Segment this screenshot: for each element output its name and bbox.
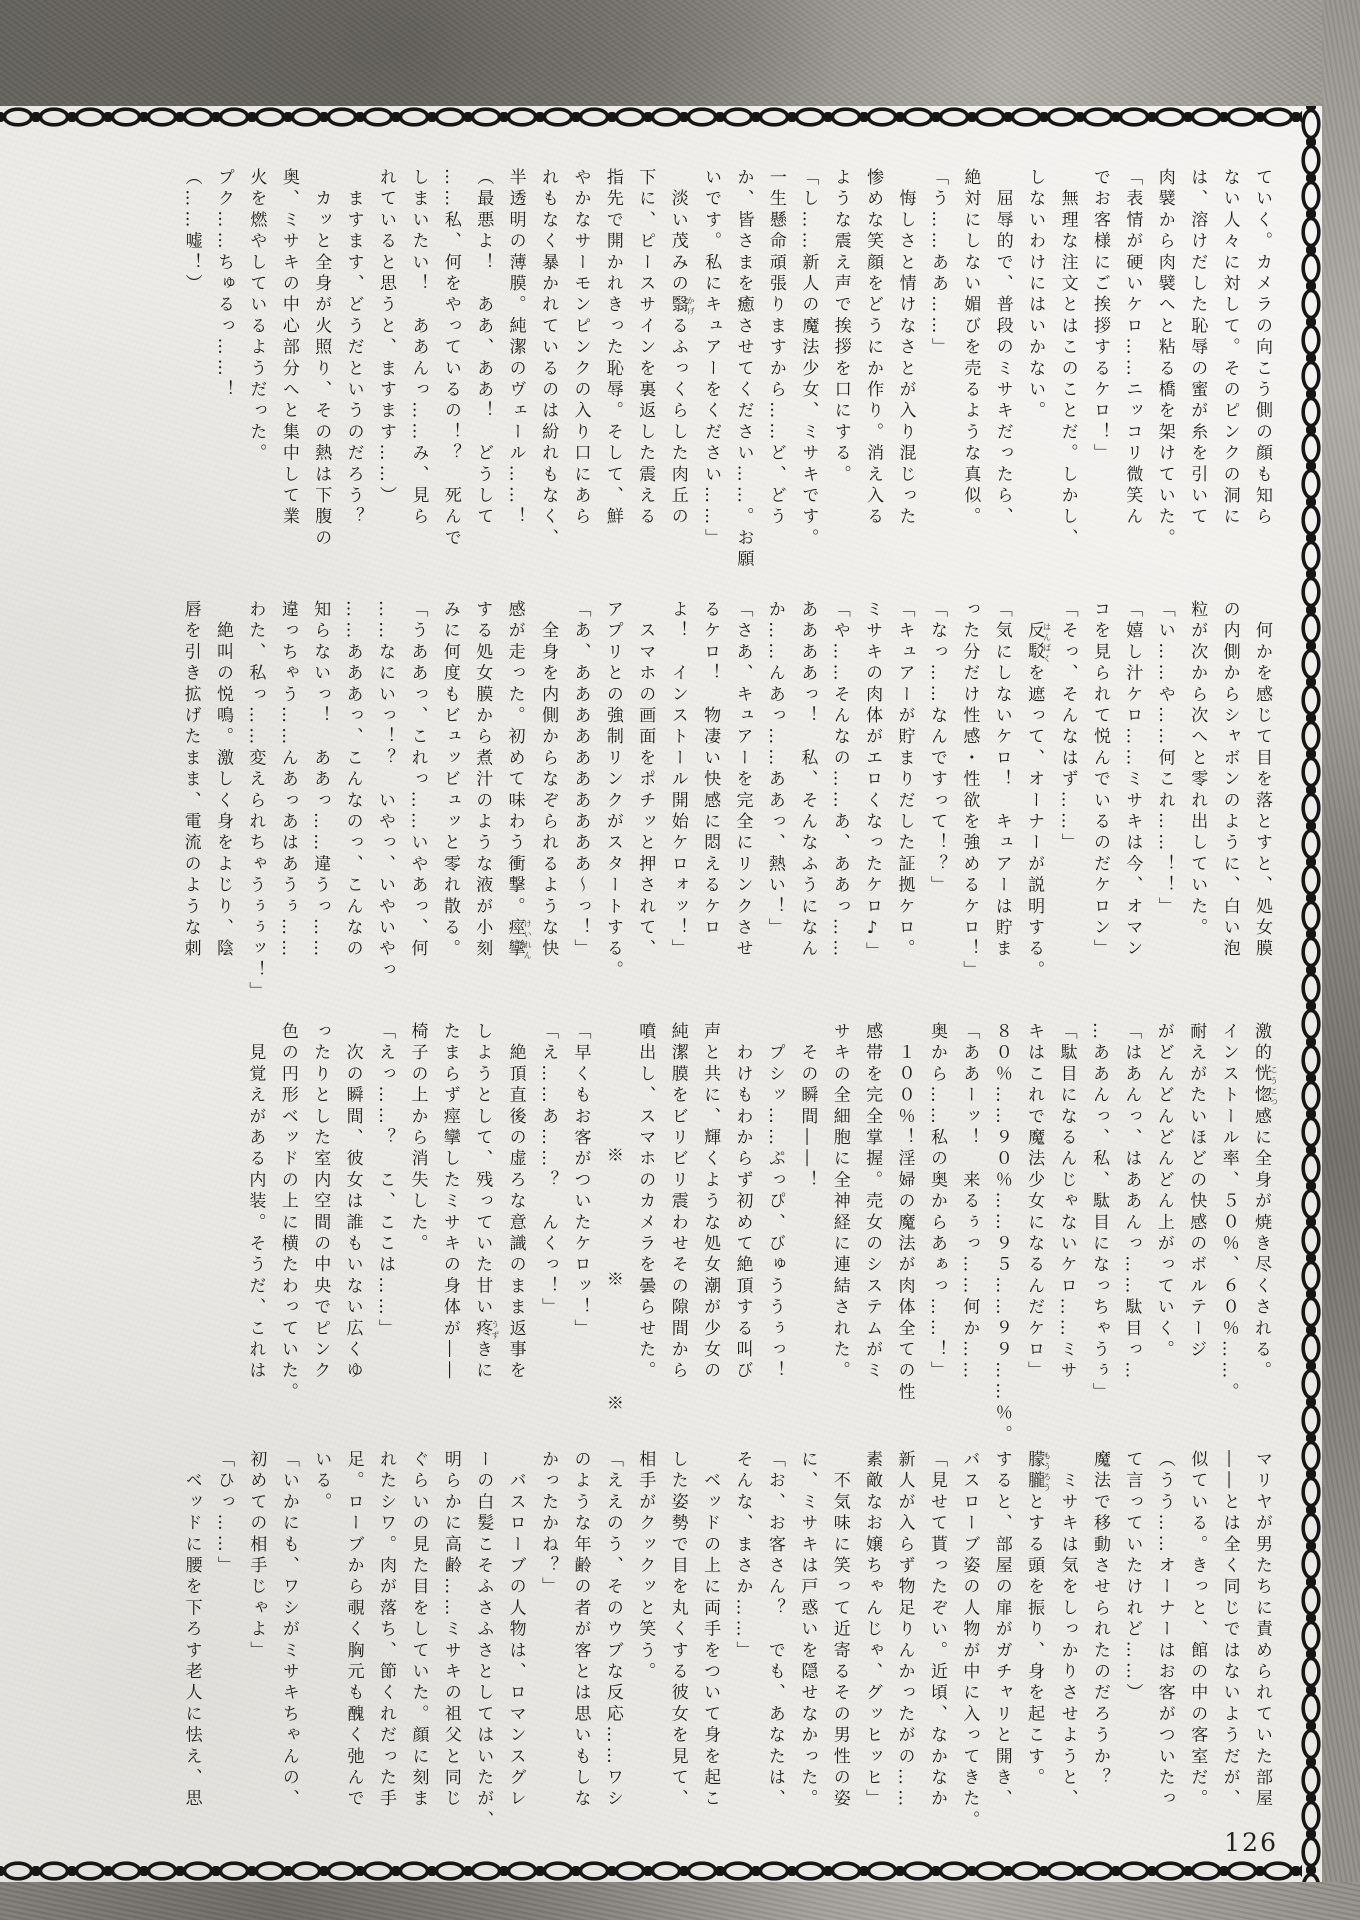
page-edge-texture-bottom xyxy=(0,1882,1360,1920)
text-line: て言っていたけれど……） xyxy=(1116,1450,1148,1856)
text-line: った分だけ性感・性欲を強めるケロ！」 xyxy=(953,600,985,1012)
text-line: 「い……や……何これ……！！」 xyxy=(1148,600,1180,1012)
text-row-3: 激的恍惚こうこつ感に全身が焼き尽くされる。インストール率、５０％、６０％……。耐… xyxy=(239,1022,1278,1448)
text-line: カッと全身が火照り、その熱は下腹の xyxy=(305,168,337,592)
text-line: 「え……あ……？ んくっ！」 xyxy=(532,1022,564,1448)
text-line: 純潔膜をビリビリ震わせその隙間から xyxy=(661,1022,693,1448)
text-line: か……んあっ……ああっ、熱い！」 xyxy=(759,600,791,1012)
text-line: 「お、お客さん？ でも、あなたは、 xyxy=(759,1450,791,1856)
text-line: 魔法で移動させられたのだろうか？ xyxy=(1084,1450,1116,1856)
text-line: 椅子の上から消失した。 xyxy=(401,1022,433,1448)
text-line: 「表情が硬いケロ……ニッコリ微笑ん xyxy=(1116,168,1148,592)
text-line: 反駁はんばくを遮って、オーナーが説明する。 xyxy=(1018,600,1051,1012)
text-line: バスローブ姿の人物が中に入ってきた。 xyxy=(953,1450,985,1856)
text-line: 「えっ……？ こ、ここは……」 xyxy=(369,1022,401,1448)
text-line: 相手がクックッと笑う。 xyxy=(629,1450,661,1856)
text-line: 色の円形ベッドの上に横たわっていた。 xyxy=(271,1022,303,1448)
text-line: 絶対にしない媚びを売るような真似。 xyxy=(954,168,986,592)
text-line: 素敵なお嬢ちゃんじゃ、グッヒッヒ」 xyxy=(856,1450,888,1856)
text-line: マリヤが男たちに責められていた部屋 xyxy=(1246,1450,1278,1856)
text-line: たまらず痙攣したミサキの身体が―― xyxy=(433,1022,465,1448)
text-line: ぐらいの見た目をしていた。顔に刻ま xyxy=(402,1450,434,1856)
text-line: ベッドの上に両手をついて身を起こ xyxy=(694,1450,726,1856)
text-line: でお客様にご挨拶するケロ！」 xyxy=(1084,168,1116,592)
text-line: 肉襞から肉襞へと粘る橋を架けていた。 xyxy=(1148,168,1180,592)
text-line: 指先で開かれきった恥辱。そして、鮮 xyxy=(596,168,628,592)
text-line: ような震え声で挨拶を口にする。 xyxy=(824,168,856,592)
text-line: の内側からシャボンのように、白い泡 xyxy=(1213,600,1245,1012)
text-line: 「あ、ああああああああああ～っ！」 xyxy=(564,600,596,1012)
text-line: 絶頂直後の虚ろな意識のまま返事を xyxy=(499,1022,531,1448)
text-line: 「ええのう、そのウブな反応……ワシ xyxy=(596,1450,628,1856)
text-line: 似ている。きっと、館の中の客室だ。 xyxy=(1181,1450,1213,1856)
chain-border-bottom-icon xyxy=(0,1860,1302,1882)
text-line: 「うああっ、これっ……いやあっ、何 xyxy=(401,600,433,1012)
text-row-2: 何かを感じて目を落とすと、処女膜の内側からシャボンのように、白い泡粒が次から次へ… xyxy=(174,600,1278,1012)
text-line: 足。ローブから覗く胸元も醜く弛んで xyxy=(337,1450,369,1856)
text-line: （……嘘！） xyxy=(175,168,207,592)
text-line: ――とは全く同じではないようだが、 xyxy=(1213,1450,1245,1856)
text-row-4: マリヤが男たちに責められていた部屋――とは全く同じではないようだが、似ている。き… xyxy=(175,1450,1278,1856)
text-line: する処女膜から煮汁のような液が小刻 xyxy=(466,600,498,1012)
text-line: しまいたい！ ああんっ……み、見ら xyxy=(402,168,434,592)
text-line: のような年齢の者が客とは思いもしな xyxy=(564,1450,596,1856)
text-line: 声と共に、輝くような処女潮が少女の xyxy=(694,1022,726,1448)
text-line: は、溶けだした恥辱の蜜が糸を引いて xyxy=(1181,168,1213,592)
text-line: 「嬉し汁ケロ……ミサキは今、オマン xyxy=(1116,600,1148,1012)
text-line: 火を燃やしているようだった。 xyxy=(240,168,272,592)
text-line: に、ミサキは戸惑いを隠せなかった。 xyxy=(791,1450,823,1856)
text-line: した姿勢で目を丸くする彼女を見て、 xyxy=(661,1450,693,1856)
text-line: アプリとの強制リンクがスタートする。 xyxy=(596,600,628,1012)
text-line: 淡い茂みの翳かげるふっくらした肉丘の xyxy=(661,168,694,592)
text-line: 不気味に笑って近寄るその男性の姿 xyxy=(823,1450,855,1856)
text-line: 違っちゃう……んあっあはあうぅ…… xyxy=(271,600,303,1012)
text-line: 知らないっ！ ああっ……違うっ…… xyxy=(304,600,336,1012)
text-line: しようとして、残っていた甘い疼うずきに xyxy=(466,1022,499,1448)
text-line: 屈辱的で、普段のミサキだったら、 xyxy=(986,168,1018,592)
text-line: 「駄目になるんじゃないケロ……ミサ xyxy=(1050,1022,1082,1448)
text-line: 感帯を完全掌握。売女のシステムがミ xyxy=(856,1022,888,1448)
text-line: るケロ！ 物凄い快感に悶えるケロ xyxy=(694,600,726,1012)
text-line: ったりとした室内空間の中央でピンク xyxy=(304,1022,336,1448)
text-row-1: ていく。カメラの向こう側の顔も知らない人々に対して。そのピンクの洞には、溶けだし… xyxy=(175,168,1278,592)
text-line: れていると思うと、ますます……） xyxy=(370,168,402,592)
text-line: 噴出し、スマホのカメラを曇らせた。 xyxy=(629,1022,661,1448)
text-line: 耐えがたいほどの快感のボルテージ xyxy=(1180,1022,1212,1448)
text-line: 「し……新人の魔法少女、ミサキです。 xyxy=(792,168,824,592)
text-line: バスローブの人物は、ロマンスグレ xyxy=(499,1450,531,1856)
text-line: プク……ちゅるっ……！ xyxy=(208,168,240,592)
text-line: 何かを感じて目を落とすと、処女膜 xyxy=(1246,600,1278,1012)
text-line: ……私、何をやっているの！？ 死んで xyxy=(434,168,466,592)
text-line: いる。 xyxy=(305,1450,337,1856)
text-line: 奥から……私の奥からあぁっ……！」 xyxy=(921,1022,953,1448)
text-line: れたシワ。肉が落ち、節くれだった手 xyxy=(370,1450,402,1856)
text-line: みに何度もビュッビュッと零れ散る。 xyxy=(433,600,465,1012)
chain-border-top-icon xyxy=(0,106,1302,128)
text-line: 絶叫の悦鳴。激しく身をよじり、陰 xyxy=(207,600,239,1012)
text-line: コを見られて悦んでいるのだケロン」 xyxy=(1084,600,1116,1012)
text-line: 「気にしないケロ！ キュアーは貯ま xyxy=(985,600,1017,1012)
text-line: キはこれで魔法少女になるんだケロ」 xyxy=(1018,1022,1050,1448)
text-line: ８０％……９０％……９５……９９……％。 xyxy=(985,1022,1017,1448)
text-line: 「ああーッ！ 来るぅっ……何か…… xyxy=(953,1022,985,1448)
text-line: か、皆さまを癒させてください……。お願 xyxy=(727,168,759,592)
text-line: ミサキは気をしっかりさせようと、 xyxy=(1051,1450,1083,1856)
text-line: れもなく暴かれているのは紛れもなく、 xyxy=(532,168,564,592)
text-line: 初めての相手じゃよ」 xyxy=(240,1450,272,1856)
text-line: ベッドに腰を下ろす老人に怯え、思 xyxy=(175,1450,207,1856)
text-line: １００％！淫婦の魔法が肉体全ての性 xyxy=(888,1022,920,1448)
text-line: 激的恍惚こうこつ感に全身が焼き尽くされる。 xyxy=(1245,1022,1278,1448)
text-line: …ああんっ、私、駄目になっちゃうぅ」 xyxy=(1083,1022,1115,1448)
text-line: わた、私っ……変えられちゃうぅぅッ！」 xyxy=(239,600,271,1012)
text-line: 悔しさと情けなさとが入り混じった xyxy=(889,168,921,592)
text-line: よ！ インストール開始ケロォッ！」 xyxy=(661,600,693,1012)
text-line: ミサキの肉体がエロくなったケロ♪」 xyxy=(856,600,888,1012)
text-line: 感が走った。初めて味わう衝撃。痙攣けいれん xyxy=(498,600,531,1012)
text-line: 新人が入らず物足りんかったがの…… xyxy=(888,1450,920,1856)
text-line: その瞬間――！ xyxy=(791,1022,823,1448)
text-line: すると、部屋の扉がガチャリと開き、 xyxy=(985,1450,1017,1856)
chain-border-right-icon xyxy=(1300,106,1322,1882)
text-line: ていく。カメラの向こう側の顔も知ら xyxy=(1246,168,1278,592)
text-line: 「はあんっ、はああんっ……駄目っ… xyxy=(1115,1022,1147,1448)
text-line: インストール率、５０％、６０％……。 xyxy=(1212,1022,1244,1448)
text-line: （うう……オーナーはお客がついたっ xyxy=(1148,1450,1180,1856)
page-number: 126 xyxy=(1222,1828,1278,1857)
text-line: 「早くもお客がついたケロッ！」 xyxy=(564,1022,596,1448)
text-line: 明らかに高齢……ミサキの祖父と同じ xyxy=(434,1450,466,1856)
text-line: 惨めな笑顔をどうにか作り。消え入る xyxy=(857,168,889,592)
text-line: 見覚えがある内装。そうだ、これは xyxy=(239,1022,271,1448)
text-line: 一生懸命頑張りますから……ど、どう xyxy=(760,168,792,592)
page-edge-texture-right xyxy=(1322,0,1360,1920)
text-line: 全身を内側からなぞられるような快 xyxy=(532,600,564,1012)
text-line: ますます、どうだというのだろう？ xyxy=(337,168,369,592)
text-line: 「ひっ……」 xyxy=(208,1450,240,1856)
text-line: かったかね？」 xyxy=(532,1450,564,1856)
text-line: ない人々に対して。そのピンクの洞に xyxy=(1213,168,1245,592)
text-line: 「いかにも、ワシがミサキちゃんの、 xyxy=(272,1450,304,1856)
text-line: 下に、ピースサインを裏返した震える xyxy=(629,168,661,592)
text-line: ※ ※ ※ xyxy=(596,1022,628,1448)
text-line: 朦朧もうろうとする頭を振り、身を起こす。 xyxy=(1018,1450,1051,1856)
text-line: 粒が次から次へと零れ出していた。 xyxy=(1181,600,1213,1012)
text-line: 「さあ、キュアーを完全にリンクさせ xyxy=(726,600,758,1012)
text-line: いです。私にキュアーをください……」 xyxy=(695,168,727,592)
text-line: わけもわからず初めて絶頂する叫び xyxy=(726,1022,758,1448)
text-line: 「見せて貰ったぞい。近頃、なかなか xyxy=(921,1450,953,1856)
text-line: やかなサーモンピンクの入り口にあら xyxy=(564,168,596,592)
text-line: プシッ……ぷっぴ、びゅううぅっ！ xyxy=(759,1022,791,1448)
page-edge-texture-top xyxy=(0,0,1360,106)
text-line: 「そっ、そんなはず……」 xyxy=(1051,600,1083,1012)
text-line: がどんどんどんどん上がっていく。 xyxy=(1147,1022,1179,1448)
text-line: 「キュアーが貯まりだした証拠ケロ。 xyxy=(888,600,920,1012)
text-line: ああああっ！ 私、そんなふうになん xyxy=(791,600,823,1012)
text-line: 半透明の薄膜。純潔のヴェール……！ xyxy=(499,168,531,592)
text-line: 「や……そんなの……あ、ああっ…… xyxy=(823,600,855,1012)
text-line: 「なっ……なんですって！？」 xyxy=(921,600,953,1012)
text-line: しないわけにはいかない。 xyxy=(1019,168,1051,592)
text-line: ……あああっ、こんなのっ、こんなの xyxy=(336,600,368,1012)
text-line: スマホの画面をポチッと押されて、 xyxy=(629,600,661,1012)
text-line: 無理な注文とはこのことだ。しかし、 xyxy=(1051,168,1083,592)
text-line: サキの全細胞に全神経に連結された。 xyxy=(823,1022,855,1448)
text-line: ……なにいっ！？ いやっ、いやいやっ xyxy=(369,600,401,1012)
text-line: 「う……ああ……」 xyxy=(922,168,954,592)
text-line: ーの白髪こそふさふさとしてはいたが、 xyxy=(467,1450,499,1856)
text-line: 奥、ミサキの中心部分へと集中して業 xyxy=(272,168,304,592)
text-line: 唇を引き拡げたまま、電流のような刺 xyxy=(174,600,206,1012)
book-page: ていく。カメラの向こう側の顔も知らない人々に対して。そのピンクの洞には、溶けだし… xyxy=(0,0,1360,1920)
text-line: 次の瞬間、彼女は誰もいない広くゆ xyxy=(336,1022,368,1448)
text-line: （最悪よ！ ああ、ああ！ どうして xyxy=(467,168,499,592)
text-line: そんな、まさか……」 xyxy=(726,1450,758,1856)
